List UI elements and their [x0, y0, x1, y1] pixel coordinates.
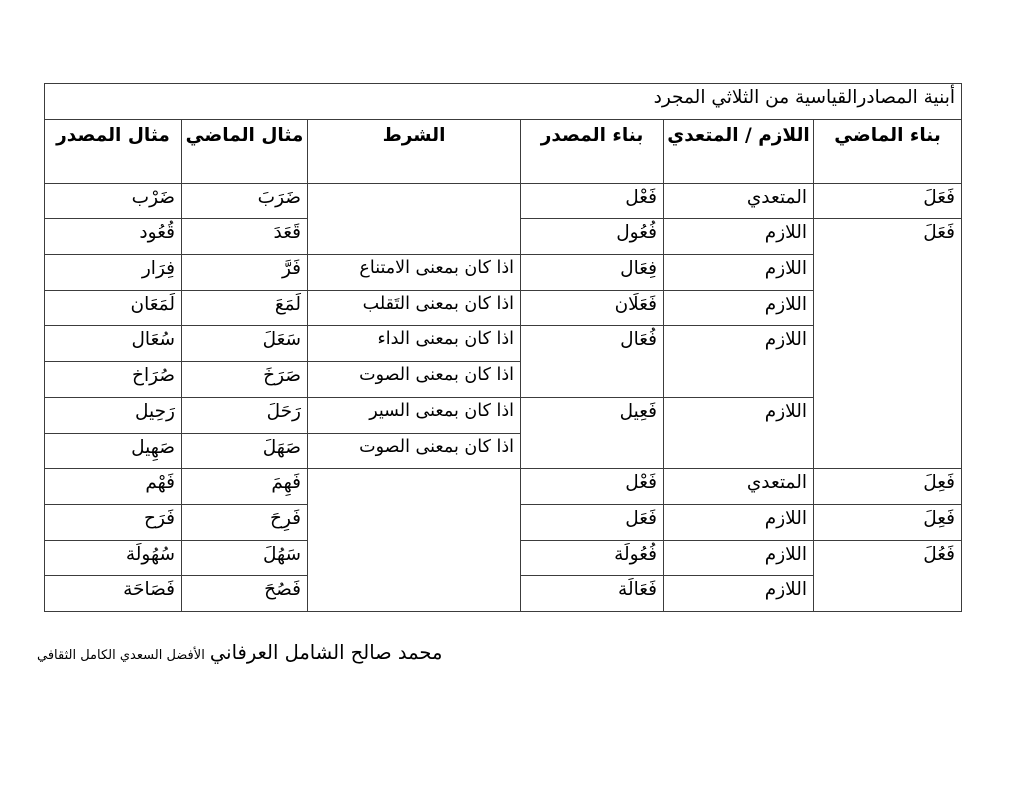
cell-condition: اذا كان بمعنى التَقلب	[308, 290, 521, 326]
cell-masdar-example: لَمَعَان	[45, 290, 182, 326]
cell-masdar-example: فِرَار	[45, 255, 182, 291]
cell-condition: اذا كان بمعنى الداء	[308, 326, 521, 362]
cell-masdar-example: فَهْم	[45, 469, 182, 505]
cell-masdar-build: فِعَال	[521, 255, 664, 291]
cell-past-example: فَرِحَ	[182, 504, 308, 540]
cell-transitivity: المتعدي	[664, 469, 814, 505]
cell-masdar-build: فَعَل	[521, 504, 664, 540]
cell-transitivity: اللازم	[664, 576, 814, 612]
title-row: أبنية المصادرالقياسية من الثلاثي المجرد	[45, 84, 962, 120]
cell-past-example: رَحَلَ	[182, 397, 308, 433]
cell-past-build: فَعُلَ	[814, 540, 962, 611]
table-title: أبنية المصادرالقياسية من الثلاثي المجرد	[45, 84, 962, 120]
header-masdar-example: مثال المصدر	[45, 119, 182, 183]
header-condition: الشرط	[308, 119, 521, 183]
cell-masdar-build: فُعُولَة	[521, 540, 664, 576]
cell-masdar-example: قُعُود	[45, 219, 182, 255]
table-row: فَعِلَ المتعدي فَعْل فَهِمَ فَهْم	[45, 469, 962, 505]
cell-transitivity: اللازم	[664, 255, 814, 291]
cell-past-build: فَعِلَ	[814, 469, 962, 505]
cell-transitivity: اللازم	[664, 397, 814, 468]
cell-past-example: فَصُحَ	[182, 576, 308, 612]
cell-past-example: ضَرَبَ	[182, 183, 308, 219]
cell-masdar-build: فَعْل	[521, 469, 664, 505]
cell-masdar-example: سُعَال	[45, 326, 182, 362]
cell-past-example: سَهُلَ	[182, 540, 308, 576]
header-row: بناء الماضي اللازم / المتعدي بناء المصدر…	[45, 119, 962, 183]
cell-past-example: فَرَّ	[182, 255, 308, 291]
cell-condition: اذا كان بمعنى الامتناع	[308, 255, 521, 291]
cell-transitivity: اللازم	[664, 219, 814, 255]
cell-masdar-example: فَصَاحَة	[45, 576, 182, 612]
cell-masdar-example: ضَرْب	[45, 183, 182, 219]
cell-transitivity: اللازم	[664, 326, 814, 397]
cell-masdar-example: صُرَاخ	[45, 362, 182, 398]
cell-past-example: سَعَلَ	[182, 326, 308, 362]
cell-condition-empty	[308, 469, 521, 612]
cell-condition: اذا كان بمعنى الصوت	[308, 362, 521, 398]
cell-past-example: فَهِمَ	[182, 469, 308, 505]
header-past-example: مثال الماضي	[182, 119, 308, 183]
cell-masdar-build: فَعَلَان	[521, 290, 664, 326]
table-row: فَعَلَ المتعدي فَعْل ضَرَبَ ضَرْب	[45, 183, 962, 219]
author-line: محمد صالح الشامل العرفاني الأفضل السعدي …	[37, 641, 442, 664]
cell-transitivity: اللازم	[664, 290, 814, 326]
header-past-build: بناء الماضي	[814, 119, 962, 183]
cell-masdar-example: رَحِيل	[45, 397, 182, 433]
cell-masdar-example: سُهُولَة	[45, 540, 182, 576]
cell-condition: اذا كان بمعنى السير	[308, 397, 521, 433]
cell-past-example: لَمَعَ	[182, 290, 308, 326]
cell-transitivity: اللازم	[664, 504, 814, 540]
header-transitivity: اللازم / المتعدي	[664, 119, 814, 183]
cell-masdar-example: فَرَح	[45, 504, 182, 540]
author-suffix: الأفضل السعدي الكامل الثقافي	[37, 648, 205, 663]
cell-past-build: فَعَلَ	[814, 219, 962, 469]
cell-condition-empty	[308, 183, 521, 254]
cell-masdar-example: صَهِيل	[45, 433, 182, 469]
cell-masdar-build: فُعَال	[521, 326, 664, 397]
header-masdar-build: بناء المصدر	[521, 119, 664, 183]
cell-past-example: قَعَدَ	[182, 219, 308, 255]
cell-transitivity: المتعدي	[664, 183, 814, 219]
cell-past-example: صَرَخَ	[182, 362, 308, 398]
cell-masdar-build: فَعِيل	[521, 397, 664, 468]
cell-past-build: فَعَلَ	[814, 183, 962, 219]
cell-masdar-build: فَعَالَة	[521, 576, 664, 612]
cell-past-example: صَهَلَ	[182, 433, 308, 469]
cell-past-build: فَعِلَ	[814, 504, 962, 540]
author-name: محمد صالح الشامل العرفاني	[210, 641, 443, 664]
cell-masdar-build: فُعُول	[521, 219, 664, 255]
masdar-patterns-table: أبنية المصادرالقياسية من الثلاثي المجرد …	[44, 83, 962, 612]
cell-transitivity: اللازم	[664, 540, 814, 576]
cell-condition: اذا كان بمعنى الصوت	[308, 433, 521, 469]
cell-masdar-build: فَعْل	[521, 183, 664, 219]
